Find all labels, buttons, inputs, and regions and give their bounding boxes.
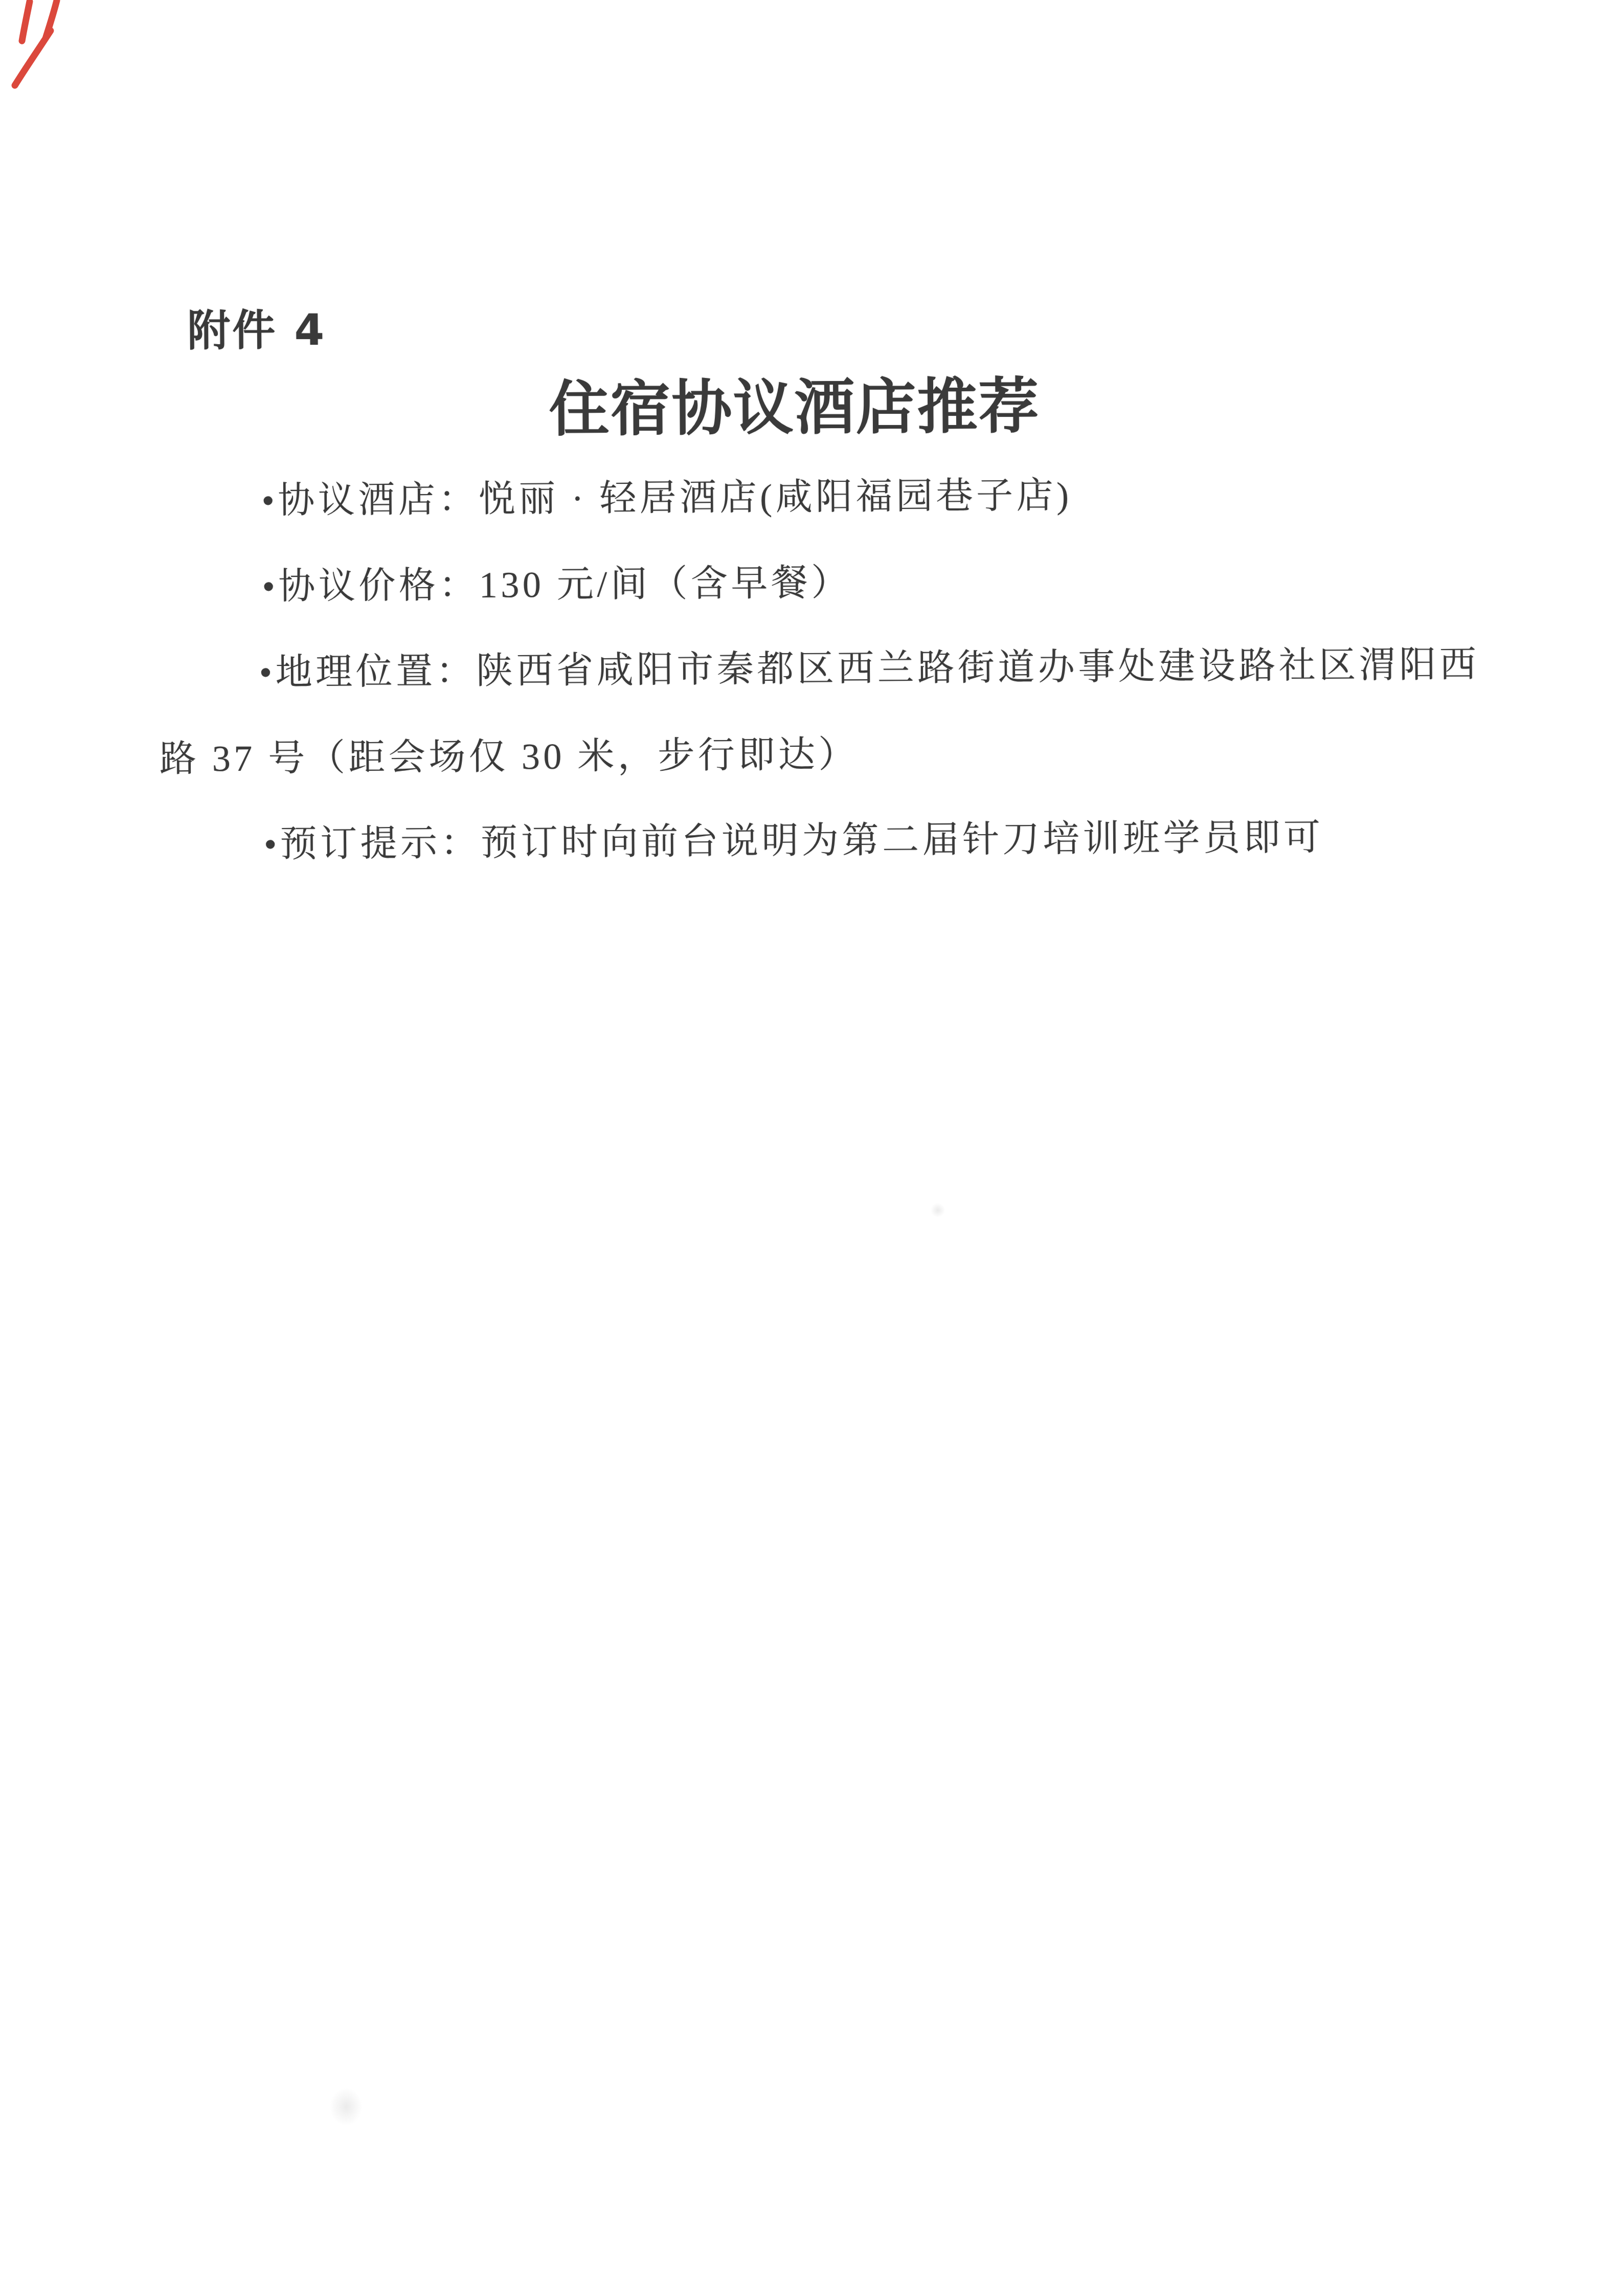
attachment-label: 附件 4 <box>187 308 326 352</box>
body-line-booking-tip: •预订提示：预订时向前台说明为第二届针刀培训班学员即可 <box>264 819 1324 863</box>
page-title: 住宿协议酒店推荐 <box>549 377 1040 440</box>
body-line-location: •地理位置：陕西省咸阳市秦都区西兰路街道办事处建设路社区渭阳西 <box>259 646 1480 691</box>
body-line-price: •协议价格：130 元/间（含早餐） <box>262 564 851 605</box>
page: { "theme": { "ink": "#3a3a3a", "backgrou… <box>0 0 1623 2296</box>
scanned-document-sheet: 附件 4 住宿协议酒店推荐 •协议酒店：悦丽 · 轻居酒店(咸阳福园巷子店) •… <box>0 0 1623 2296</box>
body-line-location-continued: 路 37 号（距会场仅 30 米，步行即达） <box>160 736 859 777</box>
body-line-hotel: •协议酒店：悦丽 · 轻居酒店(咸阳福园巷子店) <box>261 477 1072 519</box>
document-content: 附件 4 住宿协议酒店推荐 •协议酒店：悦丽 · 轻居酒店(咸阳福园巷子店) •… <box>0 0 1623 2296</box>
